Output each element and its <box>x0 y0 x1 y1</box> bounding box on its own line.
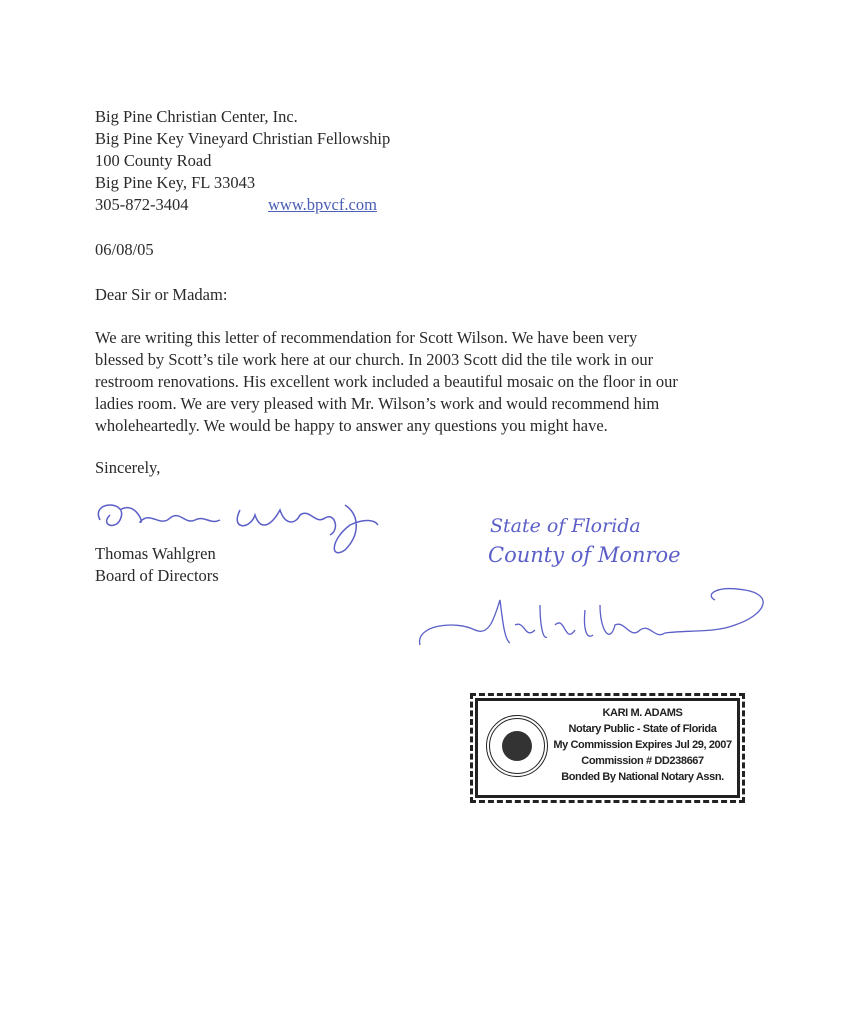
notary-county: County of Monroe <box>488 543 681 567</box>
stamp-line: KARI M. ADAMS <box>552 705 733 721</box>
body-line: blessed by Scott’s tile work here at our… <box>95 349 653 371</box>
fellowship-name: Big Pine Key Vineyard Christian Fellowsh… <box>95 128 390 150</box>
closing: Sincerely, <box>95 457 160 479</box>
stamp-line: My Commission Expires Jul 29, 2007 <box>552 737 733 753</box>
notary-seal-icon <box>486 715 548 777</box>
signature-notary <box>415 585 775 665</box>
body-line: ladies room. We are very pleased with Mr… <box>95 393 659 415</box>
org-name: Big Pine Christian Center, Inc. <box>95 106 298 128</box>
notary-stamp: KARI M. ADAMS Notary Public - State of F… <box>475 698 740 798</box>
stamp-line: Bonded By National Notary Assn. <box>552 769 733 785</box>
signer-title: Board of Directors <box>95 565 219 587</box>
stamp-line: Notary Public - State of Florida <box>552 721 733 737</box>
salutation: Dear Sir or Madam: <box>95 284 227 306</box>
body-line: wholeheartedly. We would be happy to ans… <box>95 415 608 437</box>
address-line1: 100 County Road <box>95 150 211 172</box>
notary-state: State of Florida <box>490 515 641 537</box>
phone: 305-872-3404 <box>95 194 189 216</box>
address-line2: Big Pine Key, FL 33043 <box>95 172 255 194</box>
signer-name: Thomas Wahlgren <box>95 543 216 565</box>
website-link[interactable]: www.bpvcf.com <box>268 194 377 216</box>
stamp-line: Commission # DD238667 <box>552 753 733 769</box>
letter-date: 06/08/05 <box>95 239 154 261</box>
body-line: restroom renovations. His excellent work… <box>95 371 678 393</box>
body-line: We are writing this letter of recommenda… <box>95 327 637 349</box>
